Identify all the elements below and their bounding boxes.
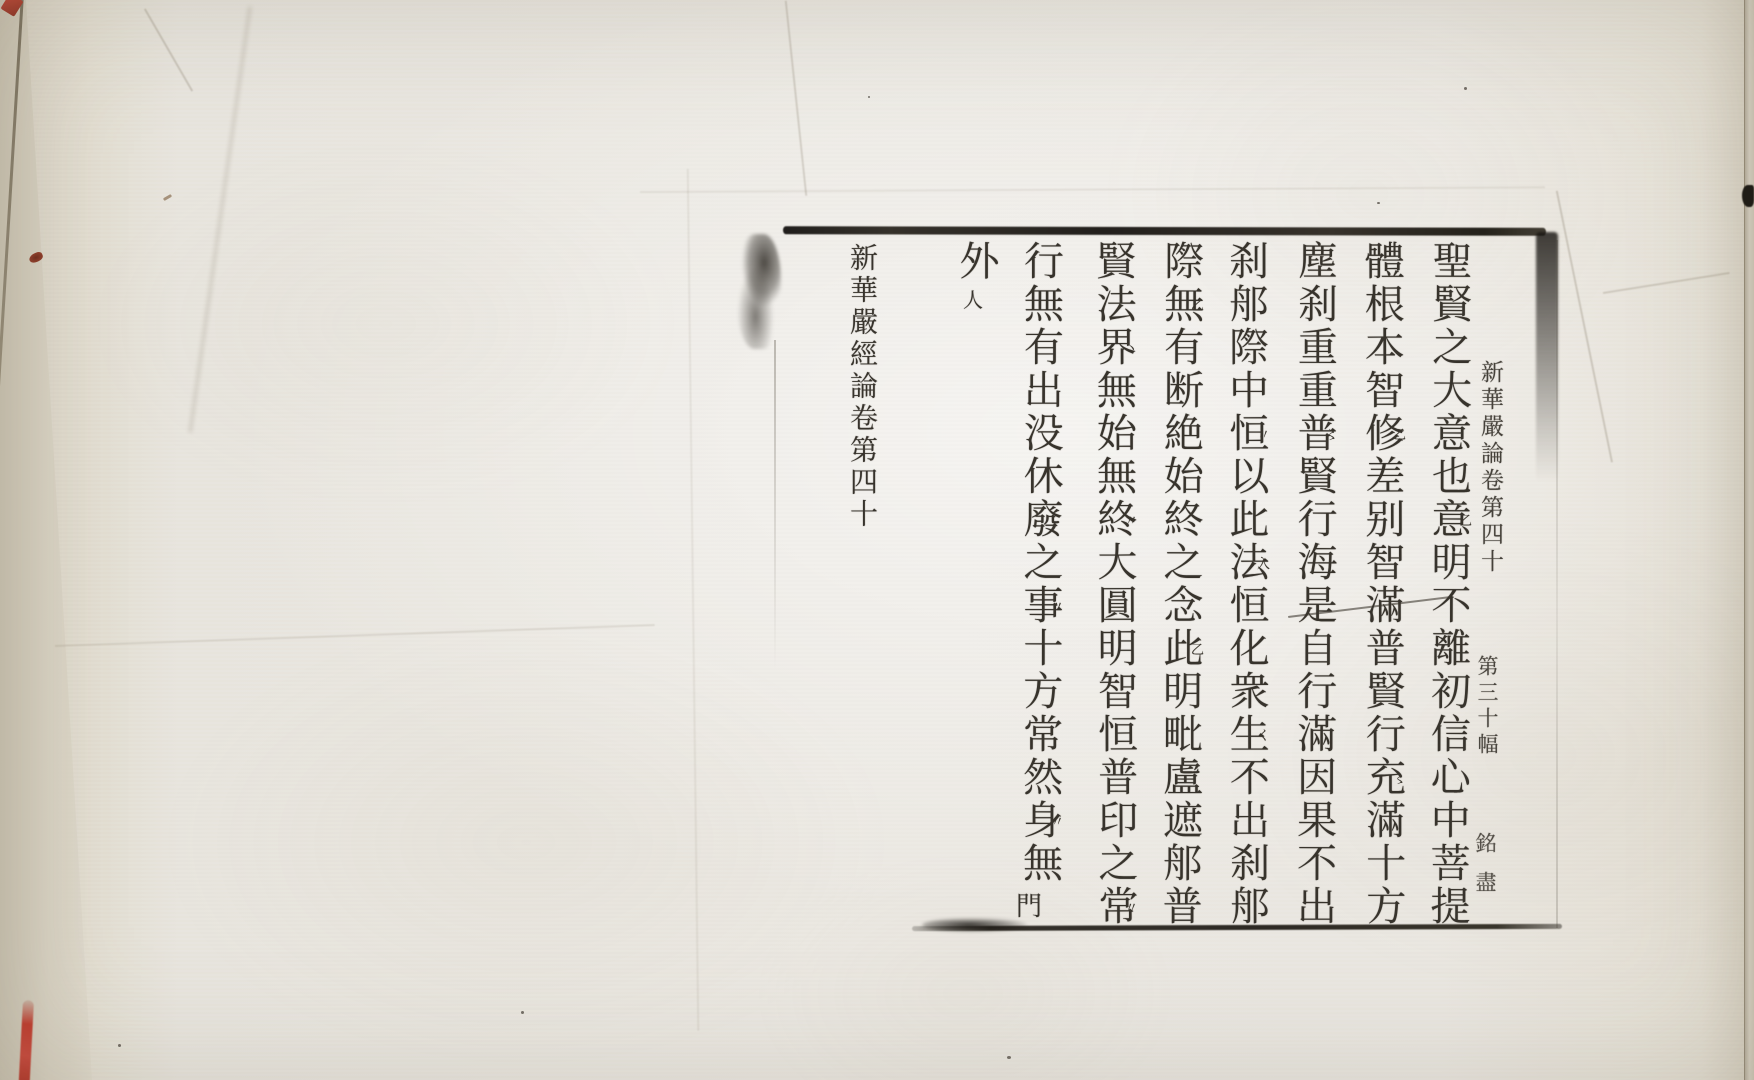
kunten-mark: 乙 <box>1191 295 1204 314</box>
text-column-8: 外 <box>948 240 1005 283</box>
kunten-mark: 〃 <box>1257 424 1270 443</box>
text-column-7: 行無有出没休廢之事十方常然身無 <box>1011 240 1069 885</box>
kunten-mark: 〃 <box>1051 811 1064 830</box>
text-column-2: 體根本智修差别智滿普賢行充滿十方 <box>1353 240 1412 928</box>
text-column-4: 刹郍際中恒以此法恒化衆生不出刹郍 <box>1217 240 1275 928</box>
manuscript-page: 新華嚴論卷第四十 第三十幅 銘盡 新華嚴經論卷第四十 聖賢之大意也意明不離初信心… <box>0 0 1754 1080</box>
kunten-mark: 〻 <box>1393 768 1406 787</box>
kunten-mark: 乙 <box>1393 424 1406 443</box>
text-column-5: 際無有断絶始終之念此明毗盧遮郍普 <box>1151 240 1210 928</box>
kunten-mark: 丶 <box>1125 338 1138 357</box>
small-char: 人 <box>963 284 983 313</box>
kunten-mark: 丶 <box>1325 811 1338 830</box>
text-column-1: 聖賢之大意也意明不離初信心中菩提 <box>1419 240 1478 928</box>
kunten-mark: 乙 <box>1459 510 1472 529</box>
kunten-mark: 〻 <box>1325 424 1338 443</box>
kunten-mark: 〃 <box>1051 596 1064 615</box>
text-columns: 聖賢之大意也意明不離初信心中菩提乙體根本智修差别智滿普賢行充滿十方乙〻塵刹重重普… <box>0 0 1754 1080</box>
small-char: 門 <box>1016 886 1042 923</box>
kunten-mark: 入 <box>1257 553 1270 572</box>
kunten-mark: 〃 <box>1125 510 1138 529</box>
kunten-mark: 乙 <box>1191 639 1204 658</box>
kunten-mark: 〃 <box>1125 897 1138 916</box>
kunten-mark: く <box>1257 725 1270 744</box>
